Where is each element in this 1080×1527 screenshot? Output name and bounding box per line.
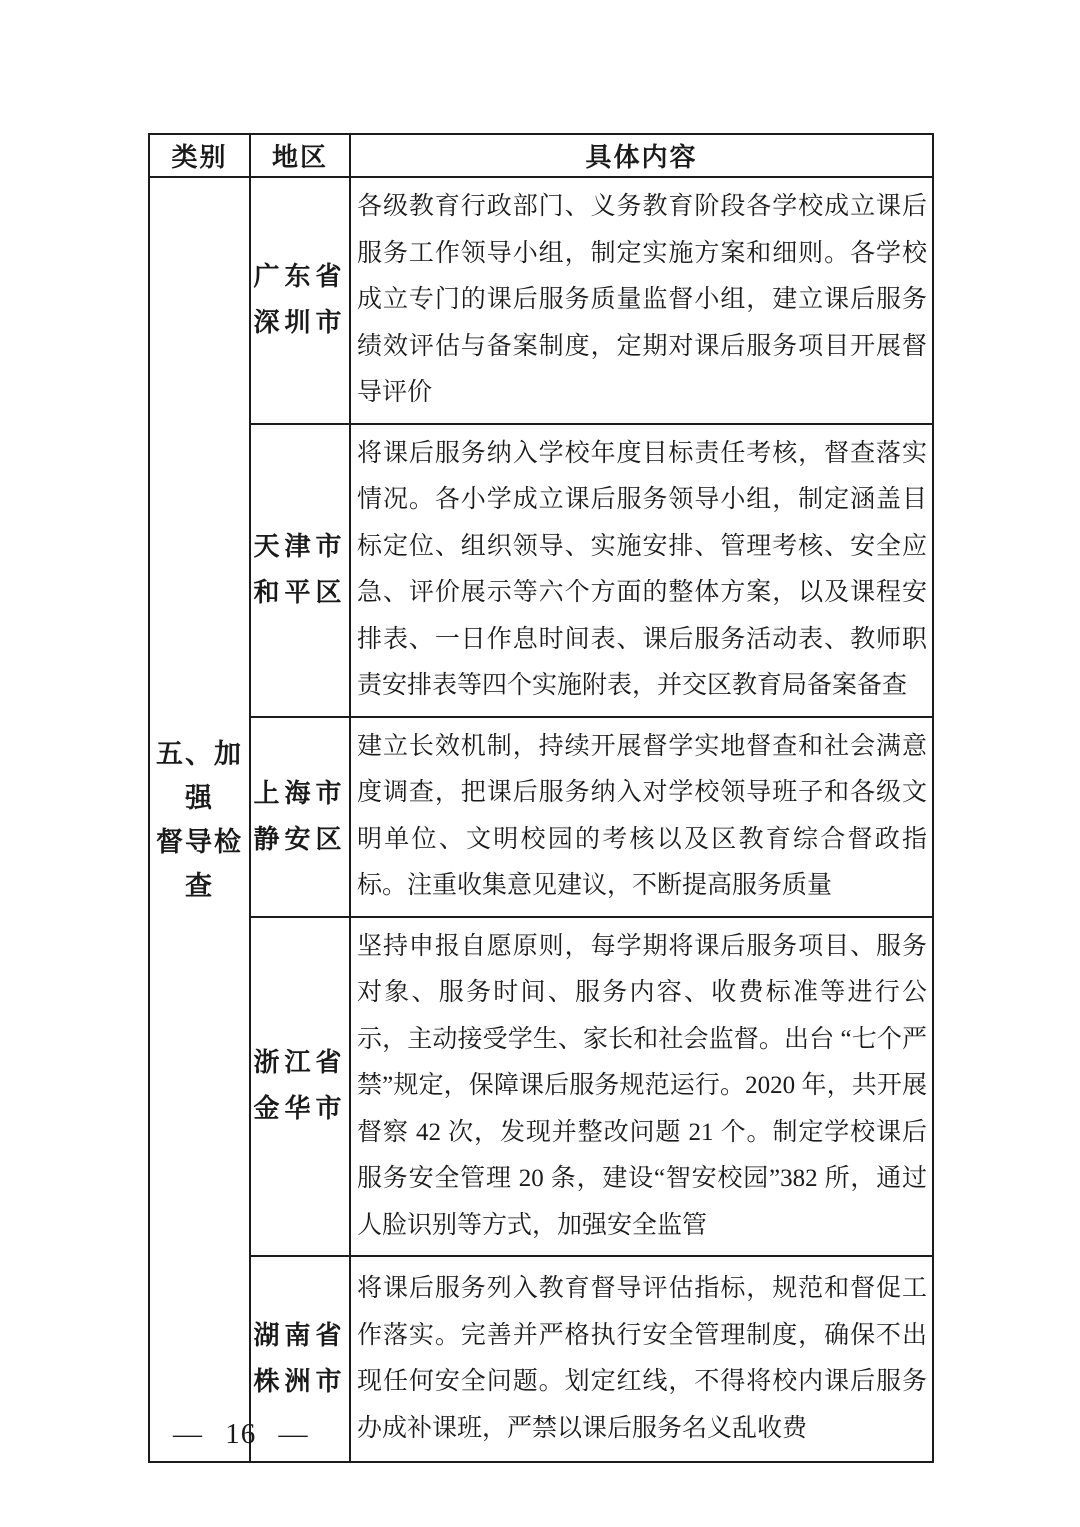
content-column-header: 具体内容 bbox=[350, 134, 933, 177]
content-cell-shanghai: 建立长效机制，持续开展督学实地督查和社会满意度调查，把课后服务纳入对学校领导班子… bbox=[350, 717, 933, 917]
content-cell-shenzhen: 各级教育行政部门、义务教育阶段各学校成立课后服务工作领导小组，制定实施方案和细则… bbox=[350, 177, 933, 424]
table-header-row: 类别 地区 具体内容 bbox=[149, 134, 933, 177]
supervision-table: 类别 地区 具体内容 五、加强 督导检 查 广东省 深圳市 各级教育行政部门、义… bbox=[148, 133, 934, 1463]
category-cell: 五、加强 督导检 查 bbox=[149, 177, 250, 1462]
document-page: 类别 地区 具体内容 五、加强 督导检 查 广东省 深圳市 各级教育行政部门、义… bbox=[0, 0, 1080, 1527]
content-cell-zhuzhou: 将课后服务列入教育督导评估指标，规范和督促工作落实。完善并严格执行安全管理制度，… bbox=[350, 1256, 933, 1462]
region-cell-shanghai: 上海市 静安区 bbox=[250, 717, 350, 917]
table-row: 五、加强 督导检 查 广东省 深圳市 各级教育行政部门、义务教育阶段各学校成立课… bbox=[149, 177, 933, 424]
region-column-header: 地区 bbox=[250, 134, 350, 177]
category-column-header: 类别 bbox=[149, 134, 250, 177]
content-cell-jinhua: 坚持申报自愿原则，每学期将课后服务项目、服务对象、服务时间、服务内容、收费标准等… bbox=[350, 917, 933, 1257]
region-cell-tianjin: 天津市 和平区 bbox=[250, 424, 350, 717]
region-cell-jinhua: 浙江省 金华市 bbox=[250, 917, 350, 1257]
region-cell-shenzhen: 广东省 深圳市 bbox=[250, 177, 350, 424]
content-cell-tianjin: 将课后服务纳入学校年度目标责任考核，督查落实情况。各小学成立课后服务领导小组，制… bbox=[350, 424, 933, 717]
table-row: 浙江省 金华市 坚持申报自愿原则，每学期将课后服务项目、服务对象、服务时间、服务… bbox=[149, 917, 933, 1257]
table-row: 天津市 和平区 将课后服务纳入学校年度目标责任考核，督查落实情况。各小学成立课后… bbox=[149, 424, 933, 717]
table-row: 上海市 静安区 建立长效机制，持续开展督学实地督查和社会满意度调查，把课后服务纳… bbox=[149, 717, 933, 917]
page-number: — 16 — bbox=[173, 1418, 309, 1451]
